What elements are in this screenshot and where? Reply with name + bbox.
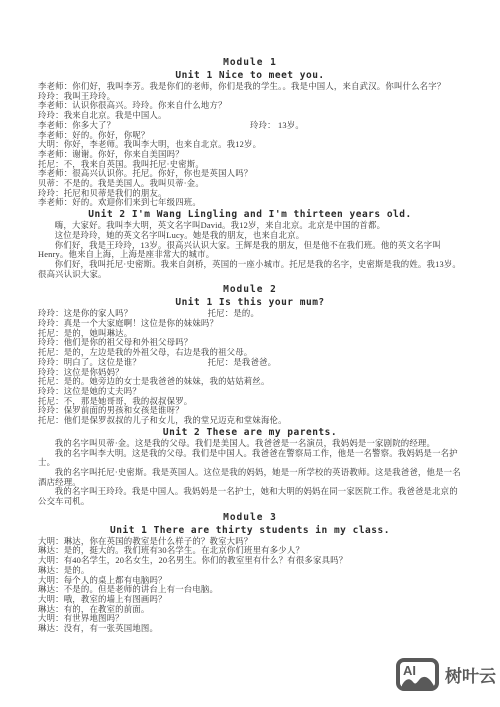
mountain-shape bbox=[402, 677, 434, 687]
dialog-line: 托尼：是的。她旁边的女士是我爸爸的妹妹，我的姑姑莉丝。 bbox=[38, 377, 462, 387]
dialog-left: 李老师：你多大了？ bbox=[38, 121, 250, 131]
dialog-line: 大明：琳达，你在英国的教室是什么样子的？教室大吗？ bbox=[38, 537, 462, 547]
dialog-right: 托尼：是我爸爸。 bbox=[208, 358, 277, 367]
dialog-line: 李老师：谢谢。你好，你来自美国吗？ bbox=[38, 150, 462, 160]
unit-heading: Unit 1 There are thirty students in my c… bbox=[38, 524, 462, 537]
dialog-line: 琳达：是的。 bbox=[38, 566, 462, 576]
paragraph: 我的名字叫李大明。这是我的父母。我们是中国人。我爸爸在警察局工作，他是一名警察。… bbox=[38, 449, 462, 468]
dialog-line: 托尼：他们是保罗叔叔的儿子和女儿，我的堂兄迈克和堂妹海伦。 bbox=[38, 416, 462, 426]
dialog-left: 玲玲：这是你的家人吗？ bbox=[38, 309, 208, 319]
dialog-line: 大明：哦，教室的墙上有图画吗？ bbox=[38, 595, 462, 605]
unit-heading: Unit 1 Nice to meet you. bbox=[38, 69, 462, 82]
dialog-line: 大明：你好，李老师。我叫李大明，也来自北京。我12岁。 bbox=[38, 140, 462, 150]
dialog-line: 托尼：不，那是她哥哥，我的叔叔保罗。 bbox=[38, 397, 462, 407]
dialog-line: 大明：每个人的桌上都有电脑吗？ bbox=[38, 576, 462, 586]
unit-heading: Unit 2 I'm Wang Lingling and I'm thirtee… bbox=[38, 208, 462, 221]
paragraph: 这位是玲玲，她的英文名字叫Lucy。她是我的朋友，也来自北京。 bbox=[38, 231, 462, 241]
dialog-line: 玲玲：保罗前面的男孩和女孩是谁呀？ bbox=[38, 406, 462, 416]
unit-heading: Unit 1 Is this your mum? bbox=[38, 296, 462, 309]
dialog-line: 玲玲：明白了。这位是谁？托尼：是我爸爸。 bbox=[38, 358, 462, 368]
dialog-line: 李老师：好的。欢迎你们来到七年级四班。 bbox=[38, 198, 462, 208]
dialog-line: 玲玲：我来自北京。我是中国人。 bbox=[38, 111, 462, 121]
dialog-line: 玲玲：这位是你妈妈？ bbox=[38, 368, 462, 378]
paragraph: 我的名字叫王玲玲。我是中国人。我妈妈是一名护士，她和大明的妈妈在同一家医院工作。… bbox=[38, 487, 462, 506]
dialog-line: 托尼：不，我来自英国。我叫托尼·史密斯。 bbox=[38, 160, 462, 170]
dialog-line: 琳达：有的，在教室的前面。 bbox=[38, 605, 462, 615]
paragraph: 嗨，大家好。我叫李大明，英文名字叫David。我12岁，来自北京。北京是中国的首… bbox=[38, 221, 462, 231]
dialog-line: 琳达：不是的。但是老师的讲台上有一台电脑。 bbox=[38, 585, 462, 595]
dialog-right: 玲玲： 13岁。 bbox=[250, 121, 304, 130]
dialog-line: 琳达：是的，挺大的。我们班有30名学生。在北京你们班里有多少人？ bbox=[38, 546, 462, 556]
module-heading: Module 2 bbox=[38, 283, 462, 296]
dialog-line: 玲玲：他们是你的祖父母和外祖父母吗？ bbox=[38, 338, 462, 348]
unit-heading: Unit 2 These are my parents. bbox=[38, 426, 462, 439]
module-heading: Module 3 bbox=[38, 511, 462, 524]
dialog-line: 李老师：好的。你好，你呢？ bbox=[38, 131, 462, 141]
dialog-line: 大明：有40名学生，20名女生，20名男生。你们的教室里有什么？有很多家具吗？ bbox=[38, 556, 462, 566]
document-body: Module 1Unit 1 Nice to meet you.李老师：你们好，… bbox=[0, 0, 500, 634]
dialog-line: 玲玲：我叫王玲玲。 bbox=[38, 92, 462, 102]
paragraph: 我的名字叫托尼·史密斯。我是英国人。这位是我的妈妈，她是一所学校的英语教师。这是… bbox=[38, 468, 462, 487]
dialog-right: 托尼：是的。 bbox=[208, 309, 259, 318]
paragraph: 我的名字叫贝蒂·金。这是我的父母。我们是美国人。我爸爸是一名演员，我妈妈是一家剧… bbox=[38, 439, 462, 449]
ai-image-icon: AI bbox=[396, 658, 439, 691]
dialog-line: 李老师：很高兴认识你。托尼。你好，你也是英国人吗？ bbox=[38, 169, 462, 179]
dialog-line: 李老师：你们好，我叫李芳。我是你们的老师，你们是我的学生。。我是中国人，来自武汉… bbox=[38, 82, 462, 92]
dialog-line: 托尼：是的，她叫琳达。 bbox=[38, 329, 462, 339]
dialog-line: 托尼：是的，左边是我的外祖父母，右边是我的祖父母。 bbox=[38, 348, 462, 358]
svg-text:AI: AI bbox=[403, 663, 416, 678]
dialog-left: 玲玲：明白了。这位是谁？ bbox=[38, 358, 208, 368]
dialog-line: 贝蒂：不是的。我是美国人。我叫贝蒂·金。 bbox=[38, 179, 462, 189]
paragraph: 你们好，我叫托尼·史密斯。我来自剑桥，英国的一座小城市。托尼是我的名字，史密斯是… bbox=[38, 260, 462, 279]
brand-name: 树叶云 bbox=[445, 662, 496, 687]
paragraph: 你们好，我是王玲玲，13岁。很高兴认识大家。王辉是我的朋友，但是他不在我们班。他… bbox=[38, 241, 462, 260]
dialog-line: 李老师：认识你很高兴。玲玲。你来自什么地方？ bbox=[38, 101, 462, 111]
dialog-line: 琳达：没有，有一张英国地图。 bbox=[38, 624, 462, 634]
dialog-line: 大明：有世界地图吗？ bbox=[38, 614, 462, 624]
dialog-line: 玲玲：真是一个大家庭啊！这位是你的妹妹吗？ bbox=[38, 319, 462, 329]
watermark: AI 树叶云 bbox=[396, 658, 496, 691]
dialog-line: 玲玲：这位是她的丈夫吗？ bbox=[38, 387, 462, 397]
module-heading: Module 1 bbox=[38, 56, 462, 69]
dialog-line: 玲玲：这是你的家人吗？托尼：是的。 bbox=[38, 309, 462, 319]
dialog-line: 李老师：你多大了？玲玲： 13岁。 bbox=[38, 121, 462, 131]
dialog-line: 玲玲：托尼和贝蒂是我们的朋友。 bbox=[38, 189, 462, 199]
